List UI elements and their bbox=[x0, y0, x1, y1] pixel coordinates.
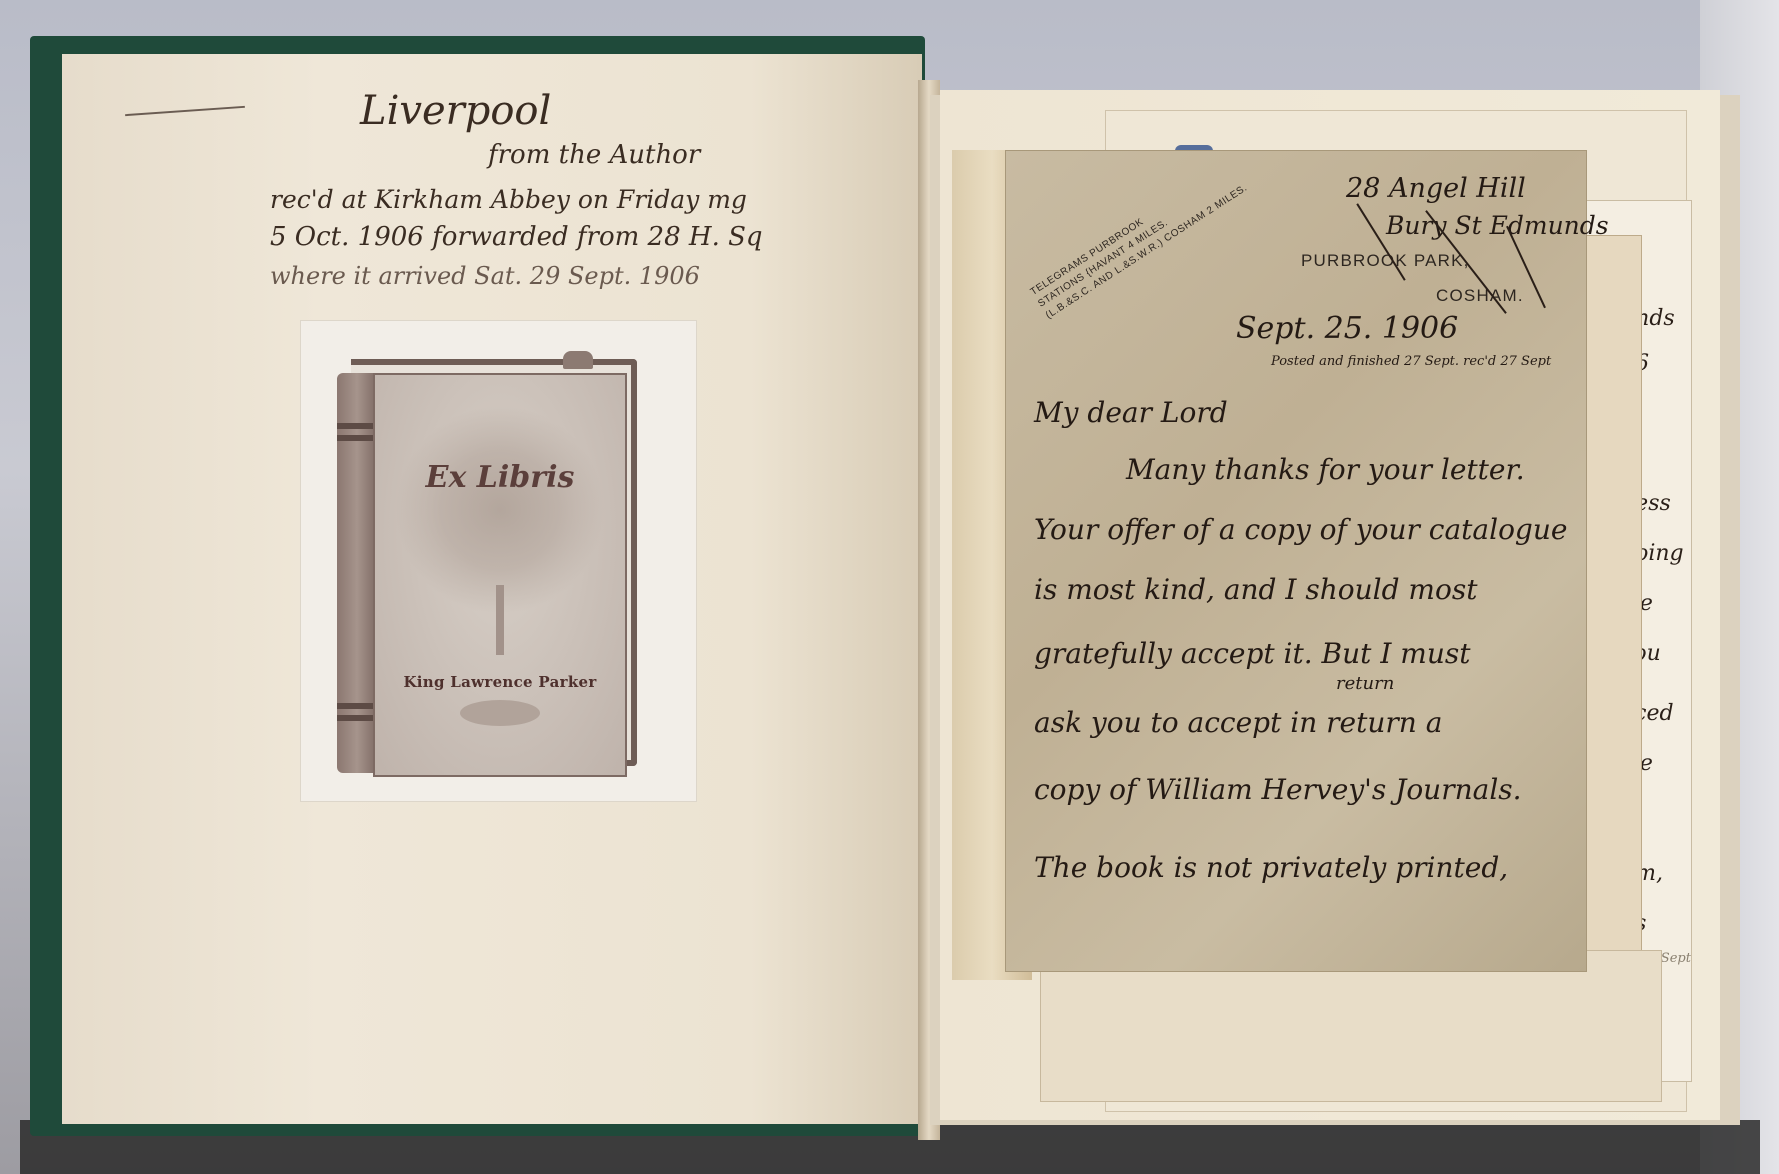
inscription-line-1: from the Author bbox=[488, 140, 700, 170]
handwritten-address-line-2: Bury St Edmunds bbox=[1386, 211, 1609, 240]
inscription-line-4: where it arrived Sat. 29 Sept. 1906 bbox=[270, 262, 700, 290]
letter-body-line: is most kind, and I should most bbox=[1034, 573, 1477, 606]
bookplate-clasp-icon bbox=[563, 351, 593, 369]
printed-corner-line-1: TELEGRAMS PURBROOK bbox=[1028, 158, 1235, 299]
spine-band bbox=[337, 715, 377, 721]
letter-inserted-word: return bbox=[1336, 673, 1394, 694]
printed-corner-line-3: (L.B.&S.C. AND L.&S.W.R.) COSHAM 2 MILES… bbox=[1043, 182, 1250, 323]
bookplate-owner: King Lawrence Parker bbox=[375, 673, 625, 691]
front-letter: TELEGRAMS PURBROOK STATIONS {HAVANT 4 MI… bbox=[1005, 150, 1587, 972]
printed-header-line-1: PURBROOK PARK, bbox=[1301, 251, 1470, 271]
floral-ornament-icon bbox=[395, 405, 605, 615]
bottom-ornament-icon bbox=[460, 700, 540, 726]
inscription-line-3: 5 Oct. 1906 forwarded from 28 H. Sq bbox=[270, 222, 763, 252]
inscription-line-2: rec'd at Kirkham Abbey on Friday mg bbox=[270, 185, 747, 214]
bookplate: Ex Libris King Lawrence Parker bbox=[300, 320, 697, 802]
bookplate-book-front: Ex Libris King Lawrence Parker bbox=[373, 373, 627, 777]
printed-corner-line-2: STATIONS {HAVANT 4 MILES. bbox=[1036, 170, 1243, 311]
lower-letter-sheets bbox=[1040, 950, 1662, 1102]
printed-corner-block: TELEGRAMS PURBROOK STATIONS {HAVANT 4 MI… bbox=[1028, 158, 1250, 323]
inscription-title: Liverpool bbox=[360, 88, 551, 134]
spine-band bbox=[337, 423, 377, 429]
bookplate-spine bbox=[337, 373, 377, 773]
letter-date: Sept. 25. 1906 bbox=[1236, 311, 1458, 346]
letter-body-line: gratefully accept it. But I must bbox=[1034, 637, 1471, 670]
spine-band bbox=[337, 703, 377, 709]
ornament-stem-icon bbox=[496, 585, 504, 655]
printed-header-line-2: COSHAM. bbox=[1436, 286, 1524, 306]
letter-body-line: ask you to accept in return a bbox=[1034, 706, 1442, 739]
letter-date-note: Posted and finished 27 Sept. rec'd 27 Se… bbox=[1271, 354, 1551, 369]
spine-band bbox=[337, 435, 377, 441]
letter-body-line: Your offer of a copy of your catalogue bbox=[1034, 513, 1567, 546]
handwritten-address-line-1: 28 Angel Hill bbox=[1346, 173, 1526, 204]
letter-body-line: The book is not privately printed, bbox=[1034, 851, 1508, 884]
letter-body-line: copy of William Hervey's Journals. bbox=[1034, 773, 1522, 806]
letter-body-line: Many thanks for your letter. bbox=[1126, 453, 1525, 486]
bookplate-title: Ex Libris bbox=[375, 460, 625, 495]
letter-salutation: My dear Lord bbox=[1034, 396, 1228, 429]
